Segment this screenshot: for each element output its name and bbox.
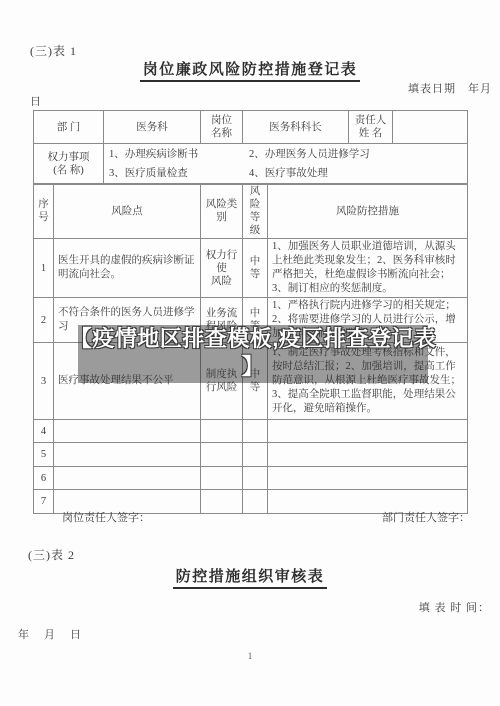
- power-items-grid: 1、办理疾病诊断书 2、办理医务人员进修学习 3、医疗质量检查 4、医疗事故处理: [104, 144, 467, 184]
- cell-category: [201, 467, 243, 490]
- form1-label: (三)表 1: [30, 42, 77, 59]
- header-point: 风险点: [54, 184, 201, 239]
- cell-point: [54, 443, 201, 467]
- table-row: 2 不符合条件的医务人员进修学习 业务流 程风险 中 等 1、严格执行院内进修学…: [34, 298, 468, 343]
- header-level: 风 险 等 级: [243, 184, 268, 239]
- power-items-label-cell: 权力事项 (名 称): [34, 144, 104, 185]
- dept-label-cell: 部 门: [34, 111, 104, 144]
- info-header-row: 部 门 医务科 岗位 名称 医务科科长 责任人 姓 名: [34, 111, 468, 144]
- form2-title-row: 防控措施组织审核表: [0, 565, 500, 589]
- post-value-cell: 医务科科长: [243, 111, 349, 144]
- cell-measures: 1、制定医疗事故处理考核指标和文件，按时总结汇报；2、加强培训，提高工作防范意识…: [268, 343, 468, 420]
- cell-no: 6: [34, 467, 54, 490]
- cell-measures: [268, 420, 468, 443]
- cell-level: [243, 490, 268, 514]
- page-number: 1: [0, 651, 500, 661]
- cell-category: [201, 490, 243, 514]
- cell-measures: [268, 467, 468, 490]
- power-items-row: 权力事项 (名 称) 1、办理疾病诊断书 2、办理医务人员进修学习 3、医疗质量…: [34, 144, 468, 185]
- cell-no: 5: [34, 443, 54, 467]
- form1-fill-date-wrap: 日: [30, 93, 42, 109]
- power-item: 4、医疗事故处理: [249, 167, 467, 180]
- header-category: 风险类 别: [201, 184, 243, 239]
- form1-title-row: 岗位廉政风险防控措施登记表: [0, 58, 500, 82]
- cell-point: 不符合条件的医务人员进修学习: [54, 298, 201, 343]
- cell-point: 医疗事故处理结果不公平: [54, 343, 201, 420]
- cell-level: [243, 443, 268, 467]
- form1-risk-table: 序 号 风险点 风险类 别 风 险 等 级 风险防控措施 1 医生开具的虚假的疾…: [33, 183, 468, 514]
- table-row: 5: [34, 443, 468, 467]
- cell-level: 中 等: [243, 239, 268, 298]
- cell-category: [201, 443, 243, 467]
- cell-no: 4: [34, 420, 54, 443]
- resp-value-cell: [393, 111, 468, 144]
- dept-responsible-sign-label: 部门责任人签字：: [382, 509, 470, 525]
- cell-level: 中 等: [243, 298, 268, 343]
- form1-title: 岗位廉政风险防控措施登记表: [140, 58, 361, 82]
- power-item: 1、办理疾病诊断书: [109, 148, 249, 161]
- header-no: 序 号: [34, 184, 54, 239]
- form2-label: (三)表 2: [28, 546, 75, 563]
- cell-category: 权力行 使 风险: [201, 239, 243, 298]
- cell-point: [54, 420, 201, 443]
- power-items-cell: 1、办理疾病诊断书 2、办理医务人员进修学习 3、医疗质量检查 4、医疗事故处理: [104, 144, 468, 185]
- cell-no: 7: [34, 490, 54, 514]
- cell-no: 1: [34, 239, 54, 298]
- form2-title: 防控措施组织审核表: [173, 565, 328, 589]
- cell-level: [243, 467, 268, 490]
- cell-category: [201, 420, 243, 443]
- cell-point: [54, 467, 201, 490]
- cell-level: [243, 420, 268, 443]
- cell-category: 业务流 程风险: [201, 298, 243, 343]
- table-row: 6: [34, 467, 468, 490]
- table-row: 1 医生开具的虚假的疾病诊断证明流向社会。 权力行 使 风险 中 等 1、加强医…: [34, 239, 468, 298]
- form2-fill-time-wrap: 年 月 日: [18, 626, 83, 642]
- cell-measures: 1、加强医务人员职业道德培训，从源头上杜绝此类现象发生；2、医务科审核时严格把关…: [268, 239, 468, 298]
- dept-value-cell: 医务科: [104, 111, 201, 144]
- form1-fill-date-label: 填表日期 年月: [408, 80, 492, 96]
- cell-category: 制度执 行风险: [201, 343, 243, 420]
- post-label-cell: 岗位 名称: [201, 111, 243, 144]
- form1-info-table: 部 门 医务科 岗位 名称 医务科科长 责任人 姓 名 权力事项 (名 称) 1…: [33, 110, 468, 185]
- table-row: 4: [34, 420, 468, 443]
- header-measures: 风险防控措施: [268, 184, 468, 239]
- cell-no: 3: [34, 343, 54, 420]
- post-responsible-sign-label: 岗位责任人签字：: [62, 509, 150, 525]
- cell-point: 医生开具的虚假的疾病诊断证明流向社会。: [54, 239, 201, 298]
- resp-label-cell: 责任人 姓 名: [349, 111, 393, 144]
- cell-no: 2: [34, 298, 54, 343]
- cell-measures: 1、严格执行院内进修学习的相关规定；2、将需要进修学习的人员进行公示，增加工作安…: [268, 298, 468, 343]
- power-item: 2、办理医务人员进修学习: [249, 148, 467, 161]
- cell-level: 中 等: [243, 343, 268, 420]
- risk-header-row: 序 号 风险点 风险类 别 风 险 等 级 风险防控措施: [34, 184, 468, 239]
- power-item: 3、医疗质量检查: [109, 167, 249, 180]
- table-row: 3 医疗事故处理结果不公平 制度执 行风险 中 等 1、制定医疗事故处理考核指标…: [34, 343, 468, 420]
- form2-fill-time-label: 填 表 时 间：: [419, 599, 490, 615]
- cell-measures: [268, 443, 468, 467]
